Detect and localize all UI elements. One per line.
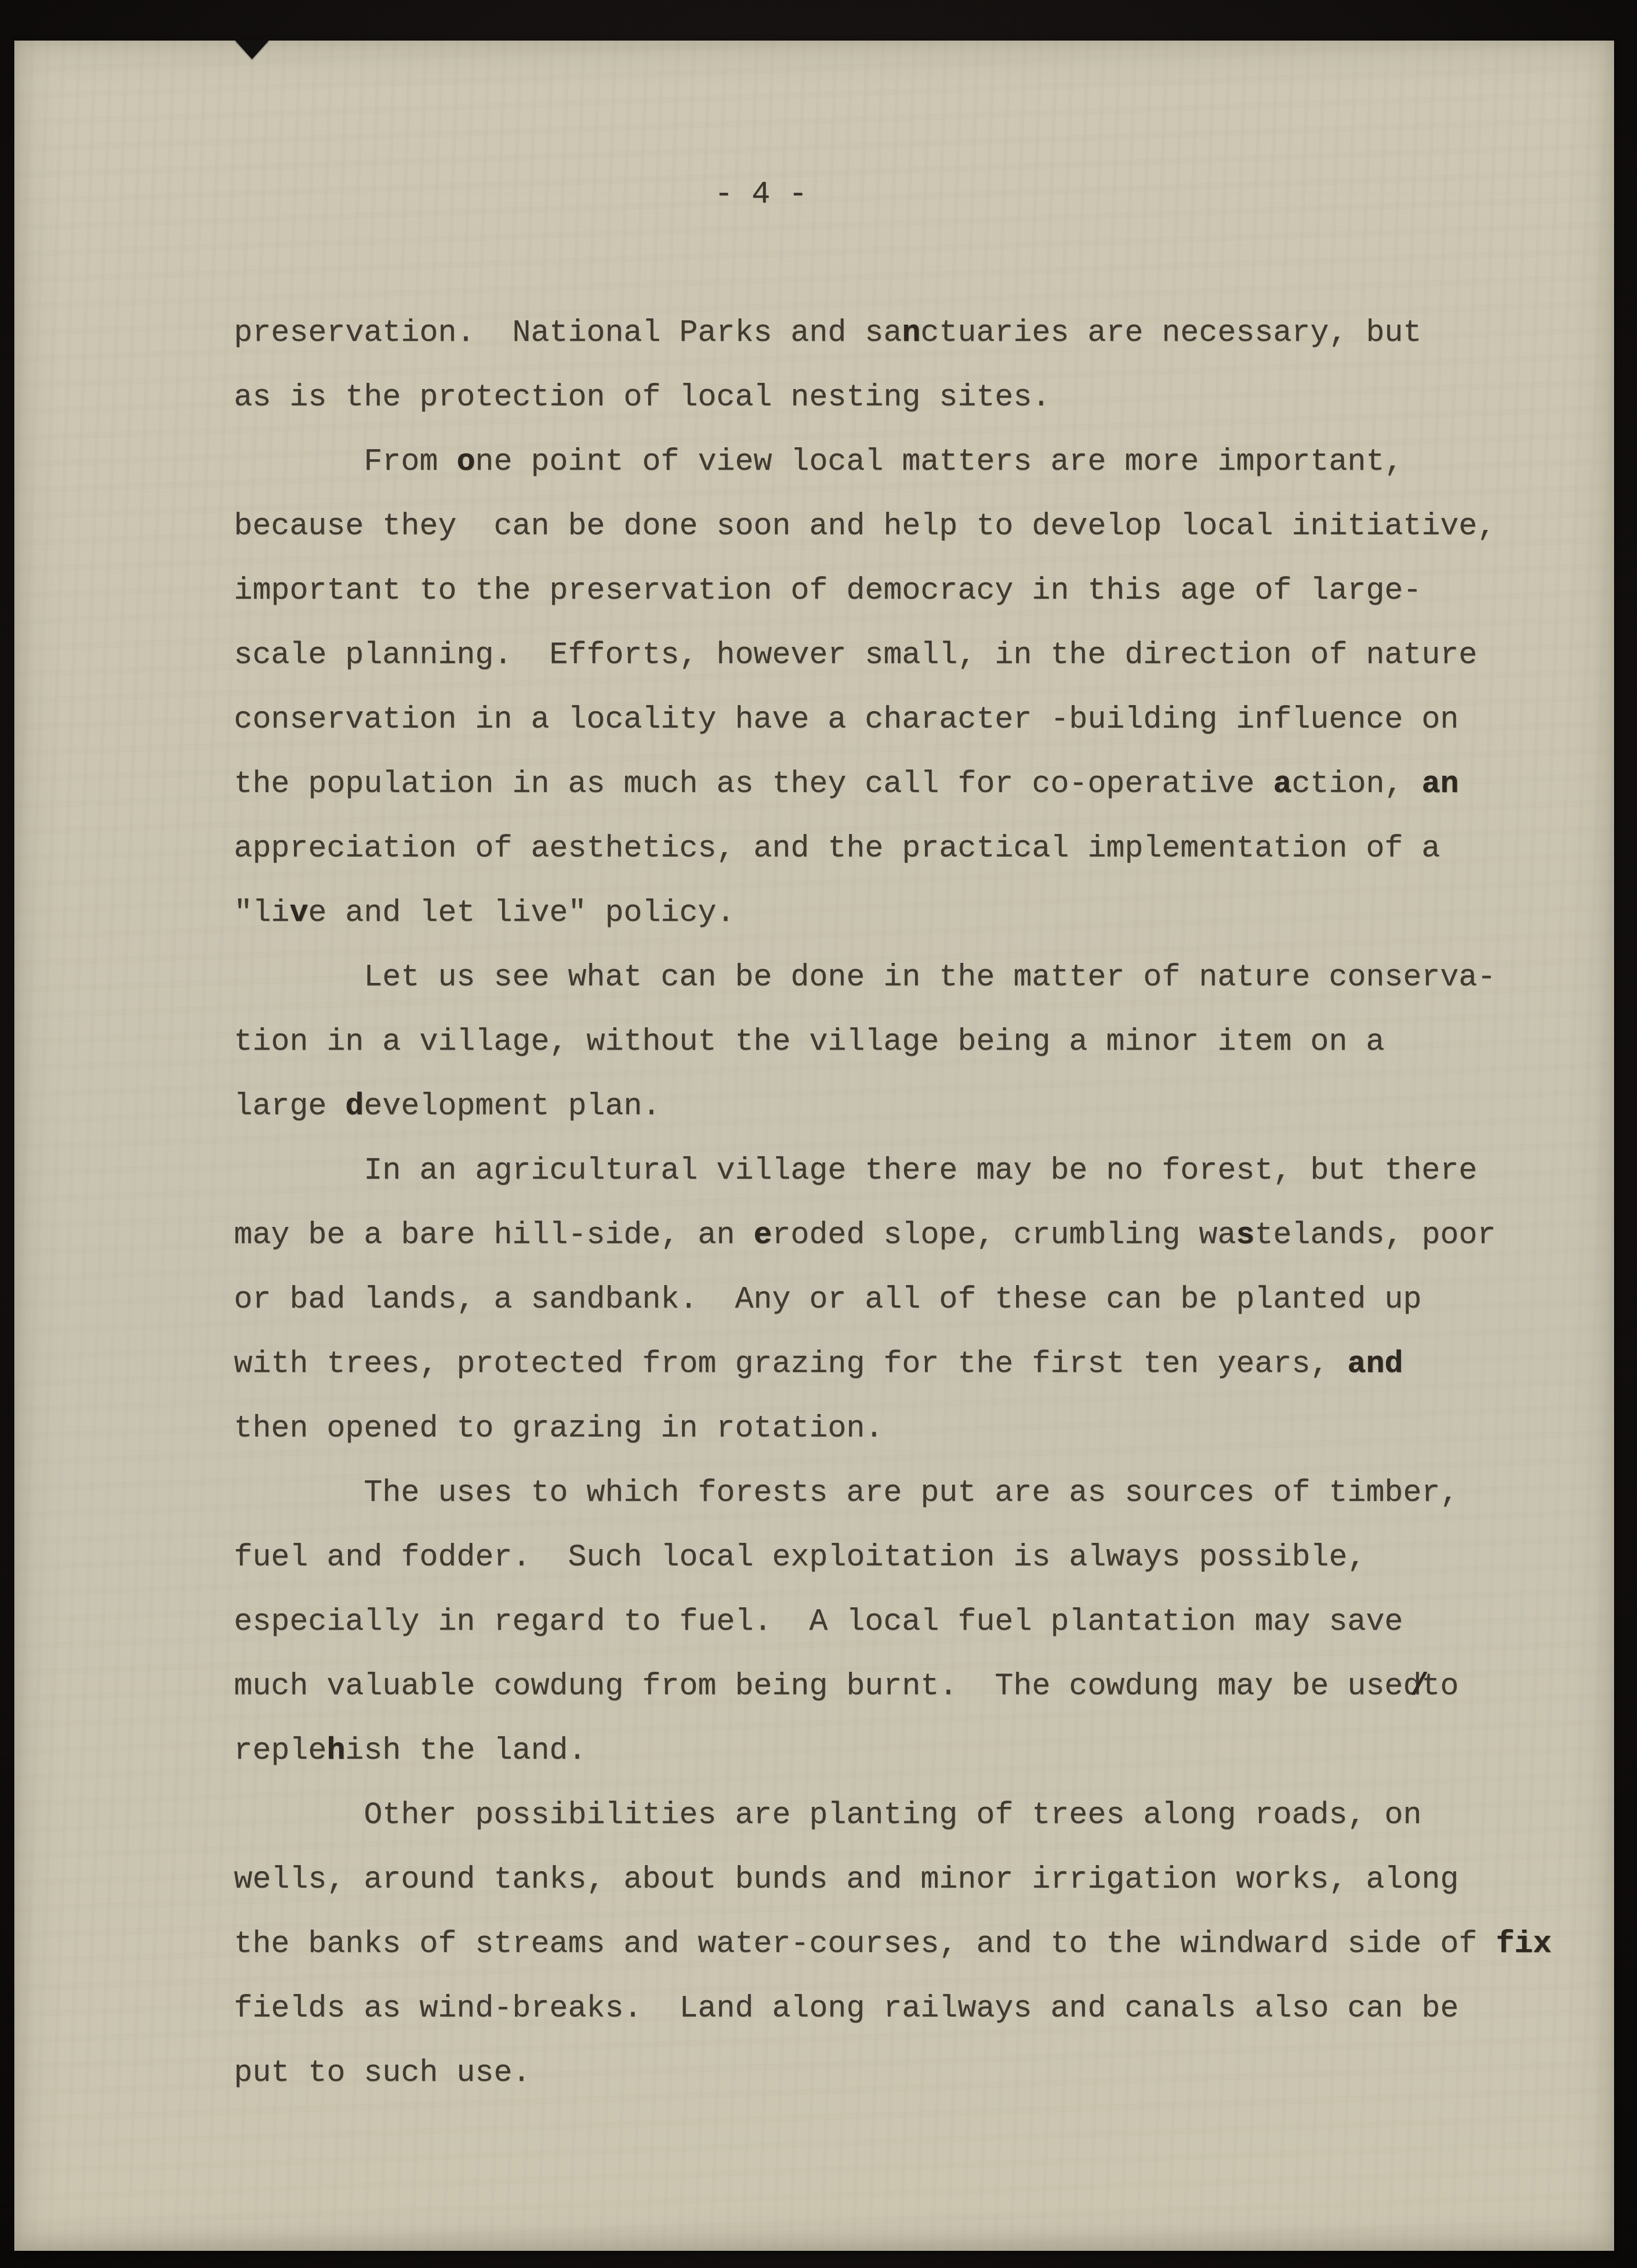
text-segment: the banks of streams and water-courses, … bbox=[234, 1927, 1496, 1962]
text-line: tion in a village, without the village b… bbox=[234, 1010, 1552, 1074]
overstruck-character: v bbox=[290, 896, 308, 930]
text-segment: appreciation of aesthetics, and the prac… bbox=[234, 831, 1440, 866]
text-line: the population in as much as they call f… bbox=[234, 752, 1552, 816]
text-segment: Other possibilities are planting of tree… bbox=[234, 1798, 1422, 1833]
text-segment: wells, around tanks, about bunds and min… bbox=[234, 1862, 1459, 1897]
text-line: In an agricultural village there may be … bbox=[234, 1139, 1552, 1203]
text-line: The uses to which forests are put are as… bbox=[234, 1461, 1552, 1525]
text-line: large development plan. bbox=[234, 1074, 1552, 1139]
text-line: important to the preservation of democra… bbox=[234, 559, 1552, 623]
text-segment: because they can be done soon and help t… bbox=[234, 509, 1496, 544]
overstruck-character: an bbox=[1422, 767, 1459, 802]
text-segment: then opened to grazing in rotation. bbox=[234, 1411, 883, 1446]
text-line: "live and let live" policy. bbox=[234, 881, 1552, 945]
text-segment: roded slope, crumbling wa bbox=[772, 1218, 1236, 1253]
overstruck-character: s bbox=[1236, 1218, 1255, 1253]
overstruck-character: o bbox=[457, 444, 475, 479]
text-line: From one point of view local matters are… bbox=[234, 430, 1552, 494]
text-line: appreciation of aesthetics, and the prac… bbox=[234, 816, 1552, 881]
text-line: replehish the land. bbox=[234, 1719, 1552, 1783]
text-line: put to such use. bbox=[234, 2041, 1552, 2105]
text-line: fuel and fodder. Such local exploitation… bbox=[234, 1525, 1552, 1590]
text-line: conservation in a locality have a charac… bbox=[234, 687, 1552, 752]
text-line: or bad lands, a sandbank. Any or all of … bbox=[234, 1267, 1552, 1332]
text-segment: fields as wind-breaks. Land along railwa… bbox=[234, 1991, 1459, 2026]
text-line: because they can be done soon and help t… bbox=[234, 494, 1552, 559]
text-segment: tion in a village, without the village b… bbox=[234, 1024, 1385, 1059]
text-segment: conservation in a locality have a charac… bbox=[234, 702, 1459, 737]
text-segment: important to the preservation of democra… bbox=[234, 573, 1422, 608]
text-segment: with trees, protected from grazing for t… bbox=[234, 1347, 1347, 1382]
text-line: especially in regard to fuel. A local fu… bbox=[234, 1590, 1552, 1654]
text-segment: or bad lands, a sandbank. Any or all of … bbox=[234, 1282, 1422, 1317]
overstruck-character: e bbox=[754, 1218, 772, 1253]
text-segment: especially in regard to fuel. A local fu… bbox=[234, 1604, 1403, 1639]
text-segment: Let us see what can be done in the matte… bbox=[234, 960, 1496, 995]
text-line: scale planning. Efforts, however small, … bbox=[234, 623, 1552, 687]
text-segment: ctuaries are necessary, but bbox=[921, 316, 1422, 350]
text-line: Other possibilities are planting of tree… bbox=[234, 1783, 1552, 1847]
scan-background: { "page": { "background_color": "#131010… bbox=[0, 0, 1637, 2268]
paper-tear-notch bbox=[235, 40, 269, 59]
text-line: wells, around tanks, about bunds and min… bbox=[234, 1847, 1552, 1912]
text-line: Let us see what can be done in the matte… bbox=[234, 945, 1552, 1010]
text-segment: put to such use. bbox=[234, 2056, 531, 2090]
text-segment: ction, bbox=[1291, 767, 1421, 802]
text-segment: ne point of view local matters are more … bbox=[475, 444, 1403, 479]
text-segment: much valuable cowdung from being burnt. … bbox=[234, 1669, 1422, 1704]
text-segment: The uses to which forests are put are as… bbox=[234, 1476, 1459, 1510]
text-segment: e and let live" policy. bbox=[308, 896, 735, 930]
text-line: may be a bare hill-side, an eroded slope… bbox=[234, 1203, 1552, 1267]
text-segment: evelopment plan. bbox=[364, 1089, 661, 1124]
overstruck-character: n bbox=[902, 316, 921, 350]
text-segment: ish the land. bbox=[345, 1733, 587, 1768]
overstruck-character: h bbox=[326, 1733, 345, 1768]
text-line: preservation. National Parks and sanctua… bbox=[234, 301, 1552, 365]
text-segment: may be a bare hill-side, an bbox=[234, 1218, 754, 1253]
overstruck-character: a bbox=[1273, 767, 1292, 802]
text-segment: preservation. National Parks and sa bbox=[234, 316, 902, 350]
text-line: as is the protection of local nesting si… bbox=[234, 365, 1552, 430]
text-line: with trees, protected from grazing for t… bbox=[234, 1332, 1552, 1396]
text-line: much valuable cowdung from being burnt. … bbox=[234, 1654, 1552, 1719]
overstruck-character: fix bbox=[1496, 1927, 1552, 1962]
text-segment: reple bbox=[234, 1733, 326, 1768]
text-segment: large bbox=[234, 1089, 345, 1124]
text-segment: telands, poor bbox=[1255, 1218, 1496, 1253]
text-line: fields as wind-breaks. Land along railwa… bbox=[234, 1976, 1552, 2041]
text-segment: fuel and fodder. Such local exploitation… bbox=[234, 1540, 1366, 1575]
text-segment: In an agricultural village there may be … bbox=[234, 1153, 1477, 1188]
text-segment: as is the protection of local nesting si… bbox=[234, 380, 1050, 415]
typewritten-text: preservation. National Parks and sanctua… bbox=[234, 301, 1552, 2105]
text-segment: scale planning. Efforts, however small, … bbox=[234, 638, 1477, 673]
text-segment: the population in as much as they call f… bbox=[234, 767, 1273, 802]
overstruck-character: d bbox=[345, 1089, 364, 1124]
text-segment: "li bbox=[234, 896, 290, 930]
text-segment: From bbox=[234, 444, 457, 479]
overstruck-character: and bbox=[1347, 1347, 1403, 1382]
document-page: - 4 - preservation. National Parks and s… bbox=[14, 41, 1614, 2251]
text-line: the banks of streams and water-courses, … bbox=[234, 1912, 1552, 1976]
text-line: then opened to grazing in rotation. bbox=[234, 1396, 1552, 1461]
page-number: - 4 - bbox=[714, 162, 807, 227]
